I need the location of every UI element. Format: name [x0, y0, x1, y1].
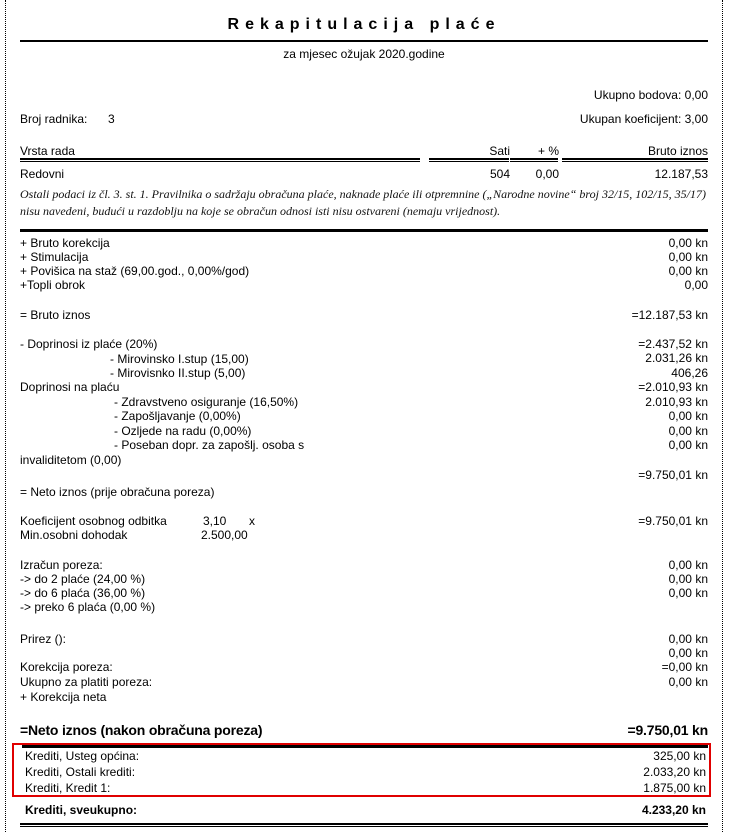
line-label: = Neto iznos (prije obračuna poreza)	[20, 485, 214, 500]
line-value: 0,00 kn	[669, 675, 708, 690]
line-value: 2.010,93 kn	[645, 395, 708, 410]
ukupno-bodova: Ukupno bodova: 0,00	[594, 88, 708, 102]
highlight-box	[12, 743, 711, 797]
header-rule-bruto	[562, 158, 708, 162]
line-extra-value: 3,10	[203, 514, 226, 529]
report-subtitle: za mjesec ožujak 2020.godine	[20, 47, 708, 61]
line-value: 0,00 kn	[669, 632, 708, 647]
header-rule-postotak	[510, 158, 558, 162]
krediti-total-label: Krediti, sveukupno:	[25, 803, 137, 818]
line-label: - Ozljede na radu (0,00%)	[114, 424, 251, 439]
line-label: + Stimulacija	[20, 250, 88, 265]
line-value: 406,26	[671, 366, 708, 381]
line-label: = Bruto iznos	[20, 308, 90, 323]
line-value: 0,00 kn	[669, 646, 708, 661]
line-value: 0,00 kn	[669, 236, 708, 251]
title-divider	[20, 40, 708, 42]
line-value: =2.010,93 kn	[638, 380, 708, 395]
header-rule-sati	[429, 158, 509, 162]
line-label: Izračun poreza:	[20, 558, 103, 573]
header-rule-vrsta	[20, 158, 420, 162]
line-label: Korekcija poreza:	[20, 660, 113, 675]
line-label: invaliditetom (0,00)	[20, 453, 121, 468]
legal-note: Ostali podaci iz čl. 3. st. 1. Pravilnik…	[20, 186, 710, 220]
cell-bruto: 12.187,53	[655, 167, 708, 181]
cell-postotak: 0,00	[536, 167, 559, 181]
report-title: Rekapitulacija plaće	[20, 15, 708, 35]
cell-sati: 504	[490, 167, 510, 181]
neto-final-label: =Neto iznos (nakon obračuna poreza)	[20, 723, 262, 738]
line-value: =9.750,01 kn	[638, 514, 708, 529]
line-value: 0,00 kn	[669, 250, 708, 265]
line-label: -> preko 6 plaća (0,00 %)	[20, 600, 155, 615]
broj-radnika-label: Broj radnika:	[20, 112, 87, 126]
line-label: + Korekcija neta	[20, 690, 106, 705]
line-label: Prirez ():	[20, 632, 66, 647]
line-label: - Doprinosi iz plaće (20%)	[20, 337, 157, 352]
line-label: Ukupno za platiti poreza:	[20, 675, 152, 690]
section-divider	[20, 229, 708, 232]
col-header-sati: Sati	[489, 144, 510, 158]
page-edge-left	[5, 0, 6, 832]
line-label: - Zapošljavanje (0,00%)	[114, 409, 241, 424]
line-label: Doprinosi na plaću	[20, 380, 119, 395]
neto-final-value: =9.750,01 kn	[628, 723, 709, 738]
line-value: 0,00 kn	[669, 409, 708, 424]
line-value: 0,00	[685, 278, 708, 293]
line-label: -> do 2 plaće (24,00 %)	[20, 572, 145, 587]
line-label: + Povišica na staž (69,00.god., 0,00%/go…	[20, 264, 249, 279]
line-value: 0,00 kn	[669, 438, 708, 453]
line-extra-value: 2.500,00	[201, 528, 248, 543]
line-label: - Zdravstveno osiguranje (16,50%)	[114, 395, 298, 410]
cell-vrsta: Redovni	[20, 167, 64, 181]
broj-radnika-value: 3	[108, 112, 115, 126]
line-value: =12.187,53 kn	[632, 308, 708, 323]
line-value: =2.437,52 kn	[638, 337, 708, 352]
line-label: +Topli obrok	[20, 278, 85, 293]
krediti-total-value: 4.233,20 kn	[642, 803, 706, 818]
line-value: 0,00 kn	[669, 586, 708, 601]
line-label: - Mirovisnko II.stup (5,00)	[110, 366, 245, 381]
col-header-postotak: + %	[538, 144, 559, 158]
line-label: -> do 6 plaća (36,00 %)	[20, 586, 145, 601]
line-label: Min.osobni dohodak	[20, 528, 127, 543]
line-multiplier: x	[249, 514, 255, 529]
line-value: 2.031,26 kn	[645, 351, 708, 366]
total-divider	[20, 823, 708, 827]
col-header-vrsta: Vrsta rada	[20, 144, 75, 158]
col-header-bruto: Bruto iznos	[648, 144, 708, 158]
line-label: - Mirovinsko I.stup (15,00)	[110, 352, 249, 367]
page-edge-right	[722, 0, 723, 832]
line-label: + Bruto korekcija	[20, 236, 110, 251]
line-value: 0,00 kn	[669, 558, 708, 573]
line-value: 0,00 kn	[669, 424, 708, 439]
line-label: - Poseban dopr. za zapošlj. osoba s	[114, 438, 304, 453]
line-label: Koeficijent osobnog odbitka	[20, 514, 167, 529]
ukupan-koeficijent: Ukupan koeficijent: 3,00	[580, 112, 708, 126]
line-value: =9.750,01 kn	[638, 468, 708, 483]
line-value: =0,00 kn	[662, 660, 708, 675]
line-value: 0,00 kn	[669, 264, 708, 279]
line-value: 0,00 kn	[669, 572, 708, 587]
